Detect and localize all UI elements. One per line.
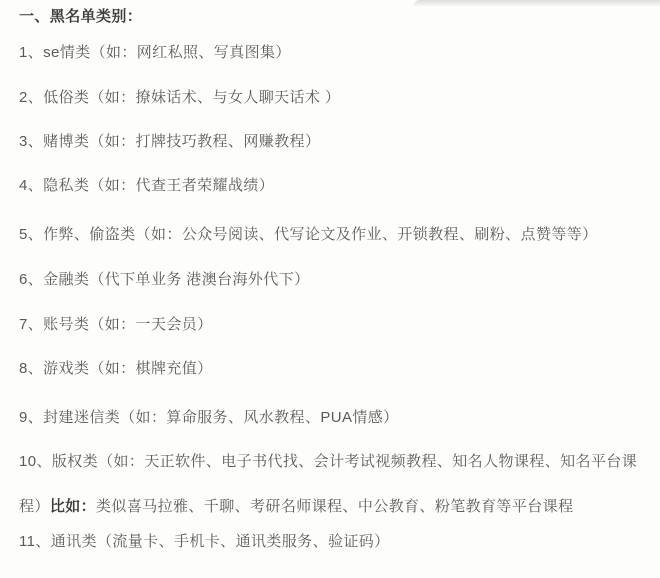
list-line: 6、金融类（代下单业务 港澳台海外代下） (19, 270, 650, 290)
text-segment: 3、赌博类（如：打牌技巧教程、网赚教程） (19, 133, 320, 150)
list-line: 10、版权类（如：天正软件、电子书代找、会计考试视频教程、知名人物课程、知名平台… (19, 452, 650, 472)
top-edge-shadow (413, 0, 660, 7)
section-heading: 一、黑名单类别： (19, 7, 650, 27)
list-line: 4、隐私类（如：代查王者荣耀战绩） (19, 176, 650, 196)
text-segment: 1、se情类（如：网红私照、写真图集） (19, 44, 291, 61)
list-line: 5、作弊、偷盗类（如：公众号阅读、代写论文及作业、开锁教程、刷粉、点赞等等） (19, 225, 650, 245)
article-body: 一、黑名单类别： 1、se情类（如：网红私照、写真图集）2、低俗类（如：撩妹话术… (0, 0, 660, 578)
bold-text-segment: 比如： (50, 498, 96, 515)
list-line: 1、se情类（如：网红私照、写真图集） (19, 43, 650, 63)
text-segment: 8、游戏类（如：棋牌充值） (19, 360, 213, 377)
list-line: 11、通讯类（流量卡、手机卡、通讯类服务、验证码） (19, 532, 650, 552)
list-line: 3、赌博类（如：打牌技巧教程、网赚教程） (19, 132, 650, 152)
text-segment: 2、低俗类（如：撩妹话术、与女人聊天话术 ） (19, 89, 340, 106)
text-segment: 10、版权类（如：天正软件、电子书代找、会计考试视频教程、知名人物课程、知名平台… (19, 453, 637, 470)
text-segment: 11、通讯类（流量卡、手机卡、通讯类服务、验证码） (19, 533, 390, 550)
list-line: 9、封建迷信类（如：算命服务、风水教程、PUA情感） (19, 408, 650, 428)
text-segment: 类似喜马拉雅、千聊、考研名师课程、中公教育、粉笔教育等平台课程 (96, 498, 573, 515)
text-segment: 7、账号类（如：一天会员） (19, 316, 213, 333)
list-line: 2、低俗类（如：撩妹话术、与女人聊天话术 ） (19, 88, 650, 108)
text-segment: 程） (19, 498, 50, 515)
list-line: 8、游戏类（如：棋牌充值） (19, 359, 650, 379)
text-segment: 5、作弊、偷盗类（如：公众号阅读、代写论文及作业、开锁教程、刷粉、点赞等等） (19, 226, 598, 243)
text-segment: 6、金融类（代下单业务 港澳台海外代下） (19, 271, 310, 288)
text-segment: 9、封建迷信类（如：算命服务、风水教程、PUA情感） (19, 409, 399, 426)
text-segment: 4、隐私类（如：代查王者荣耀战绩） (19, 177, 274, 194)
list-line: 7、账号类（如：一天会员） (19, 315, 650, 335)
list-line: 程）比如：类似喜马拉雅、千聊、考研名师课程、中公教育、粉笔教育等平台课程 (19, 497, 650, 517)
